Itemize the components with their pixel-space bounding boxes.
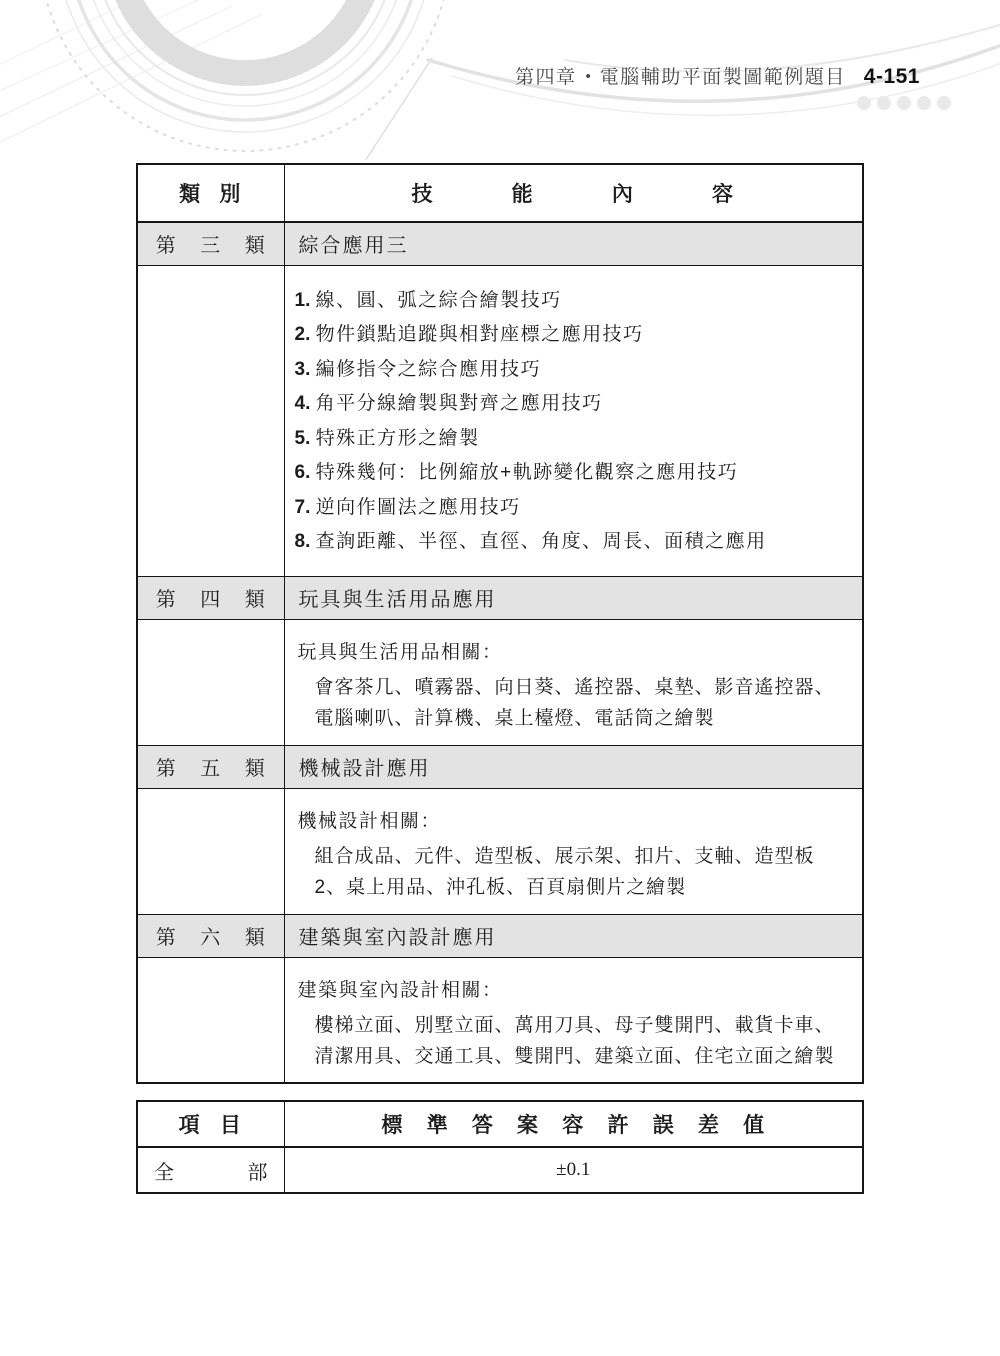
tolerance-item: 全部 <box>138 1156 284 1185</box>
content-cell: 機械設計相關： 組合成品、元件、造型板、展示架、扣片、支軸、造型板 2、桌上用品… <box>284 788 863 914</box>
category-title: 綜合應用三 <box>284 222 863 265</box>
category-content-row-3: 線、圓、弧之綜合繪製技巧 物件鎖點追蹤與相對座標之應用技巧 編修指令之綜合應用技… <box>137 265 863 576</box>
decorative-dot <box>857 96 871 110</box>
category-band-row-6: 第 六 類 建築與室內設計應用 <box>137 914 863 957</box>
content-lead: 機械設計相關： <box>295 810 851 834</box>
empty-cell <box>137 957 284 1083</box>
content-detail: 會客茶几、噴霧器、向日葵、遙控器、桌墊、影音遙控器、電腦喇叭、計算機、桌上檯燈、… <box>295 672 851 734</box>
tolerance-table-header-row: 項 目 標 準 答 案 容 許 誤 差 值 <box>137 1101 863 1147</box>
category-content-row-5: 機械設計相關： 組合成品、元件、造型板、展示架、扣片、支軸、造型板 2、桌上用品… <box>137 788 863 914</box>
chapter-bullet-icon: • <box>586 68 591 85</box>
content-detail: 組合成品、元件、造型板、展示架、扣片、支軸、造型板 2、桌上用品、沖孔板、百頁扇… <box>295 841 851 903</box>
decorative-dot <box>877 96 891 110</box>
content-cell: 建築與室內設計相關： 樓梯立面、別墅立面、萬用刀具、母子雙開門、載貨卡車、清潔用… <box>284 957 863 1083</box>
category-content-row-4: 玩具與生活用品相關： 會客茶几、噴霧器、向日葵、遙控器、桌墊、影音遙控器、電腦喇… <box>137 619 863 745</box>
category-content-row-6: 建築與室內設計相關： 樓梯立面、別墅立面、萬用刀具、母子雙開門、載貨卡車、清潔用… <box>137 957 863 1083</box>
tolerance-value: ±0.1 <box>284 1147 863 1193</box>
category-band-row-4: 第 四 類 玩具與生活用品應用 <box>137 576 863 619</box>
skill-item: 物件鎖點追蹤與相對座標之應用技巧 <box>295 324 851 346</box>
chapter-title: 電腦輔助平面製圖範例題目 <box>600 67 846 88</box>
category-cell: 第 五 類 <box>137 745 284 788</box>
page-number: 4-151 <box>864 65 920 88</box>
content-cell: 玩具與生活用品相關： 會客茶几、噴霧器、向日葵、遙控器、桌墊、影音遙控器、電腦喇… <box>284 619 863 745</box>
category-title: 玩具與生活用品應用 <box>284 576 863 619</box>
decorative-dot <box>917 96 931 110</box>
decorative-dot <box>897 96 911 110</box>
item-column-header: 項 目 <box>137 1101 284 1147</box>
empty-cell <box>137 265 284 576</box>
decorative-dot <box>937 96 951 110</box>
category-cell: 第 三 類 <box>137 222 284 265</box>
tolerance-item-cell: 全部 <box>137 1147 284 1193</box>
category-title: 建築與室內設計應用 <box>284 914 863 957</box>
category-column-header: 類 別 <box>137 164 284 222</box>
header-dots <box>857 96 951 110</box>
tolerance-table: 項 目 標 準 答 案 容 許 誤 差 值 全部 ±0.1 <box>136 1100 864 1194</box>
skills-table-header-row: 類 別 技 能 內 容 <box>137 164 863 222</box>
content-column-header: 技 能 內 容 <box>284 164 863 222</box>
skill-item: 特殊幾何：比例縮放+軌跡變化觀察之應用技巧 <box>295 462 851 484</box>
skill-item: 逆向作圖法之應用技巧 <box>295 497 851 519</box>
content-cell: 線、圓、弧之綜合繪製技巧 物件鎖點追蹤與相對座標之應用技巧 編修指令之綜合應用技… <box>284 265 863 576</box>
content-lead: 建築與室內設計相關： <box>295 979 851 1003</box>
category-title: 機械設計應用 <box>284 745 863 788</box>
document-page: 第四章•電腦輔助平面製圖範例題目4-151 類 別 技 能 內 容 第 三 類 … <box>0 0 1000 1356</box>
category-cell: 第 四 類 <box>137 576 284 619</box>
empty-cell <box>137 619 284 745</box>
category-cell: 第 六 類 <box>137 914 284 957</box>
tolerance-row: 全部 ±0.1 <box>137 1147 863 1193</box>
skill-item: 特殊正方形之繪製 <box>295 428 851 450</box>
skill-item: 編修指令之綜合應用技巧 <box>295 359 851 381</box>
skills-table: 類 別 技 能 內 容 第 三 類 綜合應用三 線、圓、弧之綜合繪製技巧 物件鎖… <box>136 163 864 1084</box>
skill-item: 查詢距離、半徑、直徑、角度、周長、面積之應用 <box>295 531 851 553</box>
category-band-row-3: 第 三 類 綜合應用三 <box>137 222 863 265</box>
page-header: 第四章•電腦輔助平面製圖範例題目4-151 <box>0 62 920 89</box>
content-lead: 玩具與生活用品相關： <box>295 641 851 665</box>
category-band-row-5: 第 五 類 機械設計應用 <box>137 745 863 788</box>
skill-item: 角平分線繪製與對齊之應用技巧 <box>295 393 851 415</box>
empty-cell <box>137 788 284 914</box>
skill-item: 線、圓、弧之綜合繪製技巧 <box>295 290 851 312</box>
skill-list: 線、圓、弧之綜合繪製技巧 物件鎖點追蹤與相對座標之應用技巧 編修指令之綜合應用技… <box>295 290 851 554</box>
value-column-header: 標 準 答 案 容 許 誤 差 值 <box>284 1101 863 1147</box>
chapter-label: 第四章 <box>515 67 577 88</box>
content-detail: 樓梯立面、別墅立面、萬用刀具、母子雙開門、載貨卡車、清潔用具、交通工具、雙開門、… <box>295 1010 851 1072</box>
